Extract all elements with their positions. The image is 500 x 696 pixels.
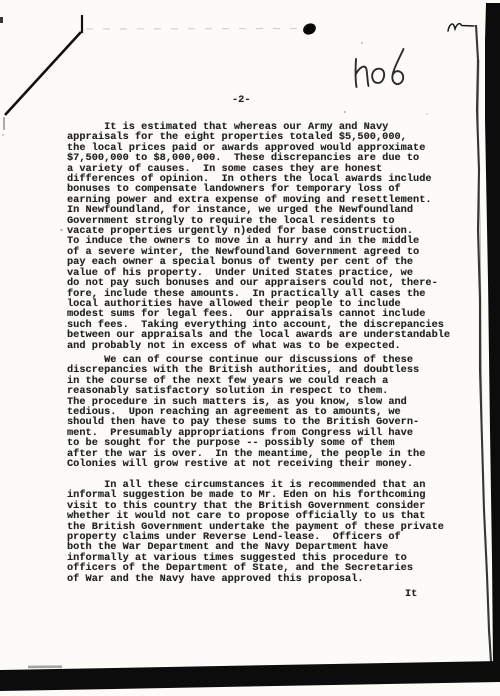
bottom-band-gray-dash [28,665,62,668]
bottom-scan-band [0,661,500,691]
handwriting-o [372,69,384,83]
paragraph-appraisal-discrepancies: It is estimated that whereas our Army an… [67,122,450,351]
document-page: -2- It is estimated that whereas our Arm… [0,0,500,696]
top-right-squiggle [448,24,474,31]
right-scan-band [485,3,500,672]
speck [344,111,346,113]
ink-blob [301,21,318,37]
handwriting-h [356,59,369,87]
speck [426,113,428,115]
catchword: It [405,589,417,599]
handwritten-annotation [356,42,404,87]
vertical-scratch-line-faint [478,60,482,420]
speck [60,229,62,231]
crease-dash-line [86,29,301,30]
page-number: -2- [232,95,251,105]
vertical-scratch-line [476,25,491,662]
paragraph-british-discussions: We can of course continue our discussion… [67,355,425,469]
handwriting-b [392,49,403,84]
paragraph-eden-recommendation: In all these circumstances it is recomme… [67,480,444,584]
fold-mark-top-left [0,15,82,136]
